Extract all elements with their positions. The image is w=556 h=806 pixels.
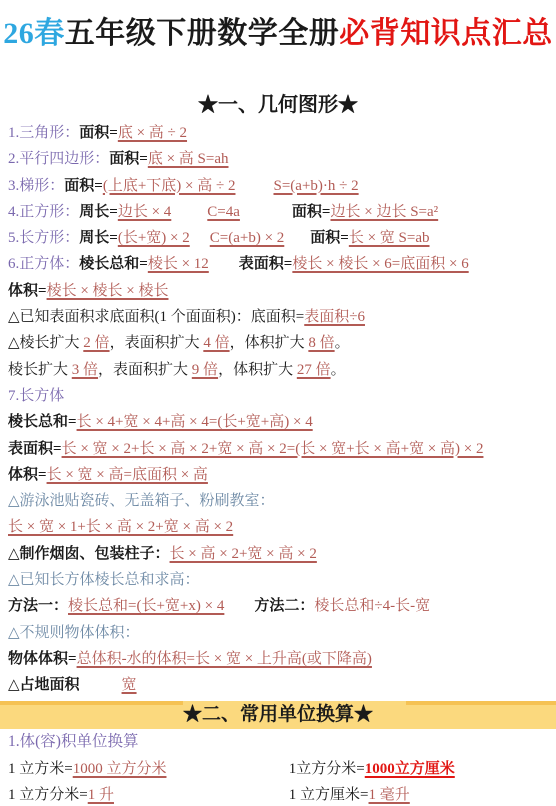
text-segment: 面积= bbox=[109, 151, 148, 167]
formula-line: 3.梯形：面积=(上底+下底) × 高 ÷ 2S=(a+b)·h ÷ 2 bbox=[8, 173, 548, 199]
formula-segment: 长 × 高 × 2+宽 × 高 × 2 bbox=[170, 546, 317, 562]
formula-segment: 棱长总和=(长+宽+x) × 4 bbox=[68, 598, 224, 614]
text-segment: △占地面积 bbox=[8, 677, 80, 693]
formula-segment: 棱长 × 棱长 × 6=底面积 × 6 bbox=[292, 256, 468, 272]
formula-segment: (长+宽) × 2 bbox=[118, 230, 190, 246]
text-segment: △棱长扩大 bbox=[8, 335, 83, 351]
formula-line: 棱长扩大 3 倍，表面积扩大 9 倍，体积扩大 27 倍。 bbox=[8, 357, 548, 383]
formula-segment: 底 × 高 ÷ 2 bbox=[118, 125, 187, 141]
text-segment: 3.梯形： bbox=[8, 178, 64, 194]
formula-segment: 2 倍 bbox=[83, 335, 109, 351]
text-segment: 棱长扩大 bbox=[8, 362, 72, 378]
document-page: 26春五年级下册数学全册必背知识点汇总 ★一、几何图形★ 1.三角形：面积=底 … bbox=[0, 0, 556, 806]
formula-line: △游泳池贴瓷砖、无盖箱子、粉刷教室： bbox=[8, 488, 548, 514]
formula-segment: (上底+下底) × 高 ÷ 2 bbox=[103, 178, 236, 194]
geometry-knowledge-lines: 1.三角形：面积=底 × 高 ÷ 22.平行四边形：面积=底 × 高 S=ah3… bbox=[0, 118, 556, 699]
formula-segment: 27 倍 bbox=[297, 362, 331, 378]
formula-line: 物体体积=总体积-水的体积=长 × 宽 × 上升高(或下降高) bbox=[8, 646, 548, 672]
text-segment: 方法二： bbox=[254, 598, 314, 614]
text-segment: 体积= bbox=[8, 283, 47, 299]
unit-conversion-row: 1 立方米=1000 立方分米1立方分米=1000立方厘米 bbox=[8, 756, 548, 782]
text-segment: 4.正方形： bbox=[8, 204, 79, 220]
formula-segment: 总体积-水的体积=长 × 宽 × 上升高(或下降高) bbox=[77, 651, 372, 667]
spacer bbox=[235, 189, 273, 190]
text-segment: △已知长方体棱长总和求高： bbox=[8, 572, 200, 588]
formula-segment: C=(a+b) × 2 bbox=[210, 230, 285, 246]
unit-conversion-grid: 1 立方米=1000 立方分米1立方分米=1000立方厘米1 立方分米=1 升1… bbox=[0, 754, 556, 806]
formula-segment: 长 × 宽 S=ab bbox=[349, 230, 430, 246]
formula-segment: 1000 立方分米 bbox=[73, 761, 167, 777]
formula-line: 方法一：棱长总和=(长+宽+x) × 4方法二：棱长总和÷4-长-宽 bbox=[8, 593, 548, 619]
section-banner-unit-conversion: ★二、常用单位换算★ bbox=[0, 701, 556, 729]
text-segment: 周长= bbox=[79, 230, 118, 246]
text-segment: △游泳池贴瓷砖、无盖箱子、粉刷教室： bbox=[8, 493, 275, 509]
formula-segment: C=4a bbox=[207, 204, 240, 220]
text-segment: ，体积扩大 bbox=[218, 362, 297, 378]
formula-segment: 1 毫升 bbox=[369, 787, 410, 803]
formula-line: 棱长总和=长 × 4+宽 × 4+高 × 4=(长+宽+高) × 4 bbox=[8, 409, 548, 435]
text-segment: 表面积= bbox=[8, 441, 62, 457]
text-segment: 2.平行四边形： bbox=[8, 151, 109, 167]
formula-segment: 棱长总和÷4-长-宽 bbox=[314, 598, 430, 614]
formula-line: △不规则物体体积： bbox=[8, 620, 548, 646]
text-segment: 1.三角形： bbox=[8, 125, 79, 141]
formula-segment: S=(a+b)·h ÷ 2 bbox=[273, 178, 358, 194]
formula-segment: 1 升 bbox=[88, 787, 114, 803]
formula-segment: 1000立方厘米 bbox=[365, 761, 455, 777]
text-segment: ，表面积扩大 bbox=[110, 335, 204, 351]
formula-line: 表面积=长 × 宽 × 2+长 × 高 × 2+宽 × 高 × 2=(长 × 宽… bbox=[8, 436, 548, 462]
spacer bbox=[240, 215, 292, 216]
spacer bbox=[224, 609, 254, 610]
text-segment: 1立方分米= bbox=[289, 761, 365, 777]
formula-segment: 长 × 宽 × 2+长 × 高 × 2+宽 × 高 × 2=(长 × 宽+长 ×… bbox=[62, 441, 484, 457]
formula-segment: 长 × 4+宽 × 4+高 × 4=(长+宽+高) × 4 bbox=[77, 414, 313, 430]
text-segment: 面积= bbox=[64, 178, 103, 194]
formula-line: 1.三角形：面积=底 × 高 ÷ 2 bbox=[8, 120, 548, 146]
text-segment: 7.长方体 bbox=[8, 388, 64, 404]
spacer bbox=[80, 688, 122, 689]
formula-line: 长 × 宽 × 1+长 × 高 × 2+宽 × 高 × 2 bbox=[8, 514, 548, 540]
formula-segment: 表面积÷6 bbox=[304, 309, 365, 325]
formula-line: △已知长方体棱长总和求高： bbox=[8, 567, 548, 593]
text-segment: ，表面积扩大 bbox=[98, 362, 192, 378]
unit-conversion-item: 1 立方厘米=1 毫升 bbox=[289, 782, 548, 806]
formula-segment: 宽 bbox=[122, 677, 137, 693]
unit-conversion-item: 1立方分米=1000立方厘米 bbox=[289, 756, 548, 782]
text-segment: 1 立方分米= bbox=[8, 787, 88, 803]
text-segment: 表面积= bbox=[239, 256, 293, 272]
text-segment: 棱长总和= bbox=[79, 256, 148, 272]
formula-line: 体积=长 × 宽 × 高=底面积 × 高 bbox=[8, 462, 548, 488]
text-segment: 。 bbox=[335, 335, 350, 351]
formula-line: 体积=棱长 × 棱长 × 棱长 bbox=[8, 278, 548, 304]
text-segment: 1 立方米= bbox=[8, 761, 73, 777]
title-part-blue: 26春 bbox=[3, 17, 65, 50]
formula-segment: 3 倍 bbox=[72, 362, 98, 378]
formula-segment: 边长 × 4 bbox=[118, 204, 171, 220]
text-segment: 周长= bbox=[79, 204, 118, 220]
document-title: 26春五年级下册数学全册必背知识点汇总 bbox=[0, 0, 556, 52]
formula-segment: 棱长 × 棱长 × 棱长 bbox=[47, 283, 169, 299]
formula-segment: 4 倍 bbox=[203, 335, 229, 351]
text-segment: 方法一： bbox=[8, 598, 68, 614]
unit-conversion-item: 1 立方分米=1 升 bbox=[8, 782, 289, 806]
text-segment: 物体体积= bbox=[8, 651, 77, 667]
text-segment: ，体积扩大 bbox=[230, 335, 309, 351]
spacer bbox=[190, 241, 210, 242]
formula-line: 7.长方体 bbox=[8, 383, 548, 409]
spacer bbox=[209, 267, 239, 268]
text-segment: △不规则物体体积： bbox=[8, 625, 140, 641]
formula-line: 4.正方形：周长=边长 × 4C=4a面积=边长 × 边长 S=a² bbox=[8, 199, 548, 225]
spacer bbox=[171, 215, 207, 216]
text-segment: 1 立方厘米= bbox=[289, 787, 369, 803]
formula-segment: 棱长 × 12 bbox=[148, 256, 209, 272]
text-segment: 面积= bbox=[292, 204, 331, 220]
text-segment: 6.正方体： bbox=[8, 256, 79, 272]
formula-segment: 长 × 宽 × 1+长 × 高 × 2+宽 × 高 × 2 bbox=[8, 519, 233, 535]
formula-line: 5.长方形：周长=(长+宽) × 2C=(a+b) × 2面积=长 × 宽 S=… bbox=[8, 225, 548, 251]
formula-segment: 长 × 宽 × 高=底面积 × 高 bbox=[47, 467, 208, 483]
formula-line: △已知表面积求底面积(1 个面面积)：底面积=表面积÷6 bbox=[8, 304, 548, 330]
text-segment: 。 bbox=[331, 362, 346, 378]
title-part-red: 必背知识点汇总 bbox=[339, 17, 553, 50]
text-segment: 棱长总和= bbox=[8, 414, 77, 430]
text-segment: 面积= bbox=[310, 230, 349, 246]
formula-segment: 8 倍 bbox=[308, 335, 334, 351]
text-segment: 体积= bbox=[8, 467, 47, 483]
text-segment: 5.长方形： bbox=[8, 230, 79, 246]
text-segment: △制作烟囱、包装柱子： bbox=[8, 546, 170, 562]
unit-conversion-row: 1 立方分米=1 升1 立方厘米=1 毫升 bbox=[8, 782, 548, 806]
section-heading-geometry: ★一、几何图形★ bbox=[0, 92, 556, 118]
text-segment: 面积= bbox=[79, 125, 118, 141]
formula-segment: 边长 × 边长 S=a² bbox=[330, 204, 438, 220]
formula-line: 2.平行四边形：面积=底 × 高 S=ah bbox=[8, 146, 548, 172]
formula-segment: 9 倍 bbox=[192, 362, 218, 378]
unit-conversion-item: 1 立方米=1000 立方分米 bbox=[8, 756, 289, 782]
formula-line: 6.正方体：棱长总和=棱长 × 12表面积=棱长 × 棱长 × 6=底面积 × … bbox=[8, 251, 548, 277]
unit-conversion-subheading: 1.体(容)积单位换算 bbox=[0, 729, 556, 754]
spacer bbox=[284, 241, 310, 242]
formula-line: △棱长扩大 2 倍，表面积扩大 4 倍，体积扩大 8 倍。 bbox=[8, 330, 548, 356]
formula-segment: 底 × 高 S=ah bbox=[148, 151, 229, 167]
title-part-black: 五年级下册数学全册 bbox=[65, 17, 340, 50]
text-segment: △已知表面积求底面积(1 个面面积)：底面积= bbox=[8, 309, 304, 325]
formula-line: △制作烟囱、包装柱子：长 × 高 × 2+宽 × 高 × 2 bbox=[8, 541, 548, 567]
formula-line: △占地面积宽 bbox=[8, 672, 548, 698]
